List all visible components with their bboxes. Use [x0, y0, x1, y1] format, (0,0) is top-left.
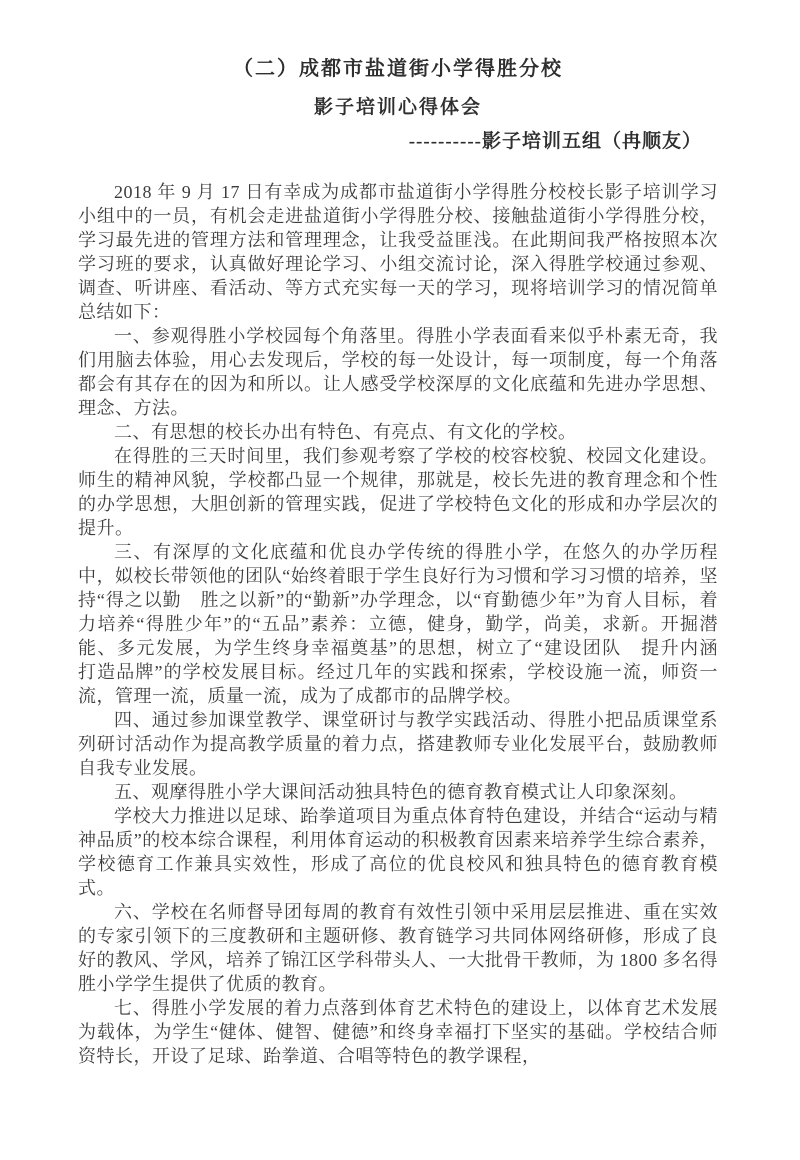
- paragraph-point-5-detail: 学校大力推进以足球、跆拳道项目为重点体育特色建设，并结合“运动与精神品质”的校本…: [78, 804, 718, 900]
- paragraph-point-5: 五、观摩得胜小学大课间活动独具特色的德育教育模式让人印象深刻。: [78, 780, 718, 804]
- document-title: （二）成都市盐道街小学得胜分校: [78, 57, 718, 82]
- document-page: （二）成都市盐道街小学得胜分校 影子培训心得体会 ----------影子培训五…: [0, 0, 800, 1160]
- paragraph-point-2-detail: 在得胜的三天时间里，我们参观考察了学校的校容校貌、校园文化建设。师生的精神风貌，…: [78, 444, 718, 540]
- paragraph-point-4: 四、通过参加课堂教学、课堂研讨与教学实践活动、得胜小把品质课堂系列研讨活动作为提…: [78, 708, 718, 780]
- paragraph-intro: 2018 年 9 月 17 日有幸成为成都市盐道街小学得胜分校校长影子培训学习小…: [78, 180, 718, 324]
- document-body: 2018 年 9 月 17 日有幸成为成都市盐道街小学得胜分校校长影子培训学习小…: [78, 180, 718, 1068]
- document-subtitle: 影子培训心得体会: [78, 96, 718, 120]
- attribution-line: ----------影子培训五组（冉顺友）: [78, 130, 718, 154]
- paragraph-point-1: 一、参观得胜小学校园每个角落里。得胜小学表面看来似乎朴素无奇，我们用脑去体验，用…: [78, 324, 718, 420]
- paragraph-point-2: 二、有思想的校长办出有特色、有亮点、有文化的学校。: [78, 420, 718, 444]
- paragraph-point-6: 六、学校在名师督导团每周的教育有效性引领中采用层层推进、重在实效的专家引领下的三…: [78, 900, 718, 996]
- paragraph-point-3: 三、有深厚的文化底蕴和优良办学传统的得胜小学，在悠久的办学历程中，姒校长带领他的…: [78, 540, 718, 708]
- paragraph-point-7: 七、得胜小学发展的着力点落到体育艺术特色的建设上，以体育艺术发展为载体，为学生“…: [78, 996, 718, 1068]
